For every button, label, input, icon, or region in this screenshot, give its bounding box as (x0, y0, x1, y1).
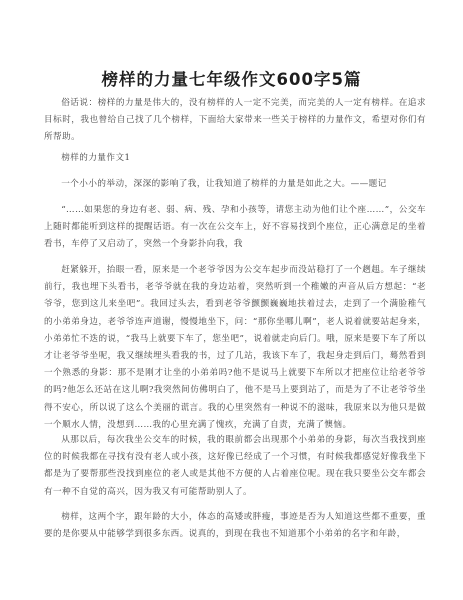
paragraph-role-model: 榜样，这两个字，跟年龄的大小，体态的高矮或胖瘦，事迹是否为人知道这些都不重要，重… (44, 509, 426, 543)
document-page: 榜样的力量七年级作文600字5篇 俗话说：榜样的力量是伟大的，没有榜样的人一定不… (0, 0, 463, 600)
document-title: 榜样的力量七年级作文600字5篇 (0, 66, 463, 90)
paragraph-habit: 从那以后，每次我坐公交车的时候，我的眼前都会出现那个小弟弟的身影，每次当我找到座… (44, 432, 426, 501)
section-heading: 榜样的力量作文1 (44, 150, 426, 167)
paragraph-story: 赶紧躲开，抬眼一看，原来是一个老爷爷因为公交车起步而没站稳打了一个趔趄。车子继续… (44, 262, 426, 434)
paragraph-bus-reminder: “……如果您的身边有老、弱、病、残、孕和小孩等，请您主动为他们让个座……”，公交… (44, 202, 426, 254)
intro-paragraph: 俗话说：榜样的力量是伟大的，没有榜样的人一定不完美，而完美的人一定有榜样。在追求… (44, 95, 426, 147)
paragraph-epigraph: 一个小小的举动，深深的影响了我，让我知道了榜样的力量是如此之大。——题记 (44, 176, 426, 193)
